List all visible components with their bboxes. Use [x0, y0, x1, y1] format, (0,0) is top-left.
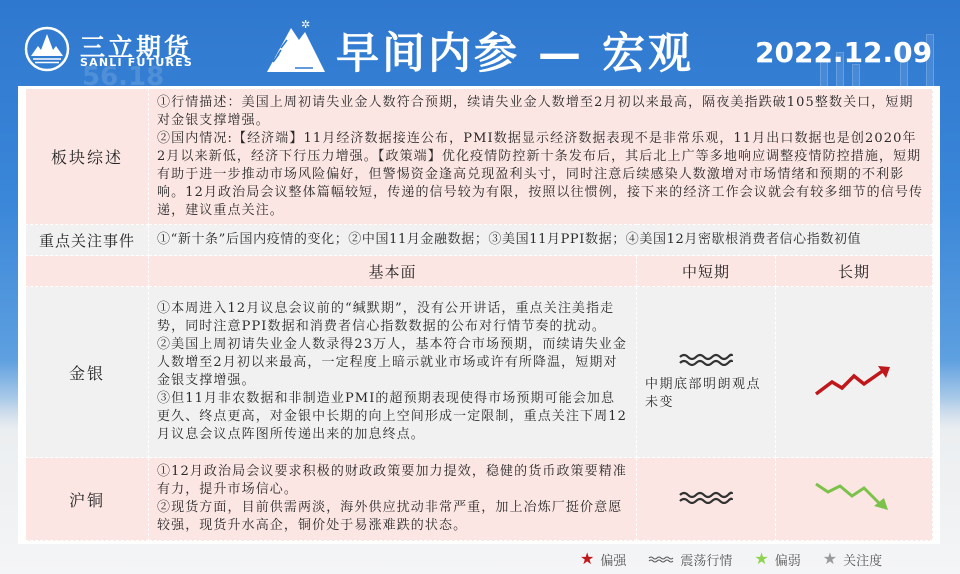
row-paragraph: ①本周进入12月议息会议前的“缄默期”，没有公开讲话，重点关注美指走势，同时注意… — [157, 300, 628, 336]
row-label-copper: 沪铜 — [26, 458, 149, 541]
summary-content: ①行情描述：美国上周初请失业金人数符合预期，续请失业金人数增至2月初以来最高，隔… — [149, 89, 933, 225]
page-title: 早间内参 — 宏观 — [336, 20, 694, 81]
row-paragraph: ③但11月非农数据和非制造业PMI的超预期表现使得市场预期可能会加息更久、终点更… — [157, 390, 628, 444]
sanli-logo-icon — [24, 26, 70, 72]
table-row-copper: 沪铜 ①12月政治局会议要求积极的财政政策要加力提效，稳健的货币政策要精准有力，… — [26, 458, 933, 541]
row-paragraph: ①12月政治局会议要求积极的财政政策要加力提效，稳健的货币政策要精准有力，提升市… — [157, 463, 628, 499]
brand-name-en: SANLI FUTURES — [80, 56, 193, 69]
wave-icon — [648, 555, 674, 563]
column-header-fundamentals: 基本面 — [149, 256, 637, 287]
events-row: 重点关注事件 ①“新十条”后国内疫情的变化；②中国11月金融数据；③美国11月P… — [26, 225, 933, 256]
legend-label: 震荡行情 — [680, 550, 732, 569]
summary-paragraph: ②国内情况:【经济端】11月经济数据接连公布，PMI数据显示经济数据表现不是非常… — [157, 130, 924, 220]
mountain-snow-icon: ✲ — [265, 18, 327, 74]
table-row-gold-silver: 金银 ①本周进入12月议息会议前的“缄默期”，没有公开讲话，重点关注美指走势，同… — [26, 287, 933, 458]
header-blank — [26, 256, 149, 287]
summary-row: 板块综述 ①行情描述：美国上周初请失业金人数符合预期，续请失业金人数增至2月初以… — [26, 89, 933, 225]
row-label-gold-silver: 金银 — [26, 287, 149, 458]
red-star-icon: ★ — [580, 551, 594, 567]
wave-icon — [679, 490, 733, 504]
mid-short-copper — [637, 458, 776, 541]
column-header-mid-short: 中短期 — [637, 256, 776, 287]
column-header-row: 基本面 中短期 长期 — [26, 256, 933, 287]
wave-icon — [679, 352, 733, 366]
legend-item-oscillating: 震荡行情 — [648, 550, 732, 569]
legend: ★ 偏强 震荡行情 ★ 偏弱 ★ 关注度 — [580, 548, 904, 570]
mid-short-gold-silver: 中期底部明朗观点未变 — [637, 287, 776, 458]
header: 三立期货 SANLI FUTURES ✲ 早间内参 — 宏观 2022.12.0… — [0, 0, 960, 88]
green-star-icon: ★ — [754, 551, 768, 567]
events-content: ①“新十条”后国内疫情的变化；②中国11月金融数据；③美国11月PPI数据；④美… — [149, 225, 933, 256]
summary-paragraph: ①行情描述：美国上周初请失业金人数符合预期，续请失业金人数增至2月初以来最高，隔… — [157, 94, 924, 130]
long-gold-silver — [776, 287, 933, 458]
trend-down-arrow-icon — [814, 480, 894, 514]
legend-label: 关注度 — [843, 550, 882, 569]
legend-item-bullish: ★ 偏强 — [580, 550, 626, 569]
gray-star-icon: ★ — [823, 551, 837, 567]
legend-label: 偏弱 — [775, 550, 801, 569]
report-date: 2022.12.09 — [755, 36, 932, 69]
long-copper — [776, 458, 933, 541]
row-content-gold-silver: ①本周进入12月议息会议前的“缄默期”，没有公开讲话，重点关注美指走势，同时注意… — [149, 287, 637, 458]
row-paragraph: ②美国上周初请失业金人数录得23万人，基本符合市场预期，而续请失业金人数增至2月… — [157, 336, 628, 390]
macro-table: 板块综述 ①行情描述：美国上周初请失业金人数符合预期，续请失业金人数增至2月初以… — [25, 88, 933, 541]
column-header-long: 长期 — [776, 256, 933, 287]
events-label: 重点关注事件 — [26, 225, 149, 256]
svg-text:✲: ✲ — [301, 18, 310, 31]
summary-label: 板块综述 — [26, 89, 149, 225]
row-content-copper: ①12月政治局会议要求积极的财政政策要加力提效，稳健的货币政策要精准有力，提升市… — [149, 458, 637, 541]
legend-item-attention: ★ 关注度 — [823, 550, 882, 569]
trend-up-arrow-icon — [814, 364, 894, 398]
legend-label: 偏强 — [600, 550, 626, 569]
mid-short-note: 中期底部明朗观点未变 — [645, 376, 767, 412]
legend-item-bearish: ★ 偏弱 — [754, 550, 800, 569]
row-paragraph: ②现货方面，目前供需两淡，海外供应扰动非常严重，加上冶炼厂挺价意愿较强，现货升水… — [157, 499, 628, 535]
